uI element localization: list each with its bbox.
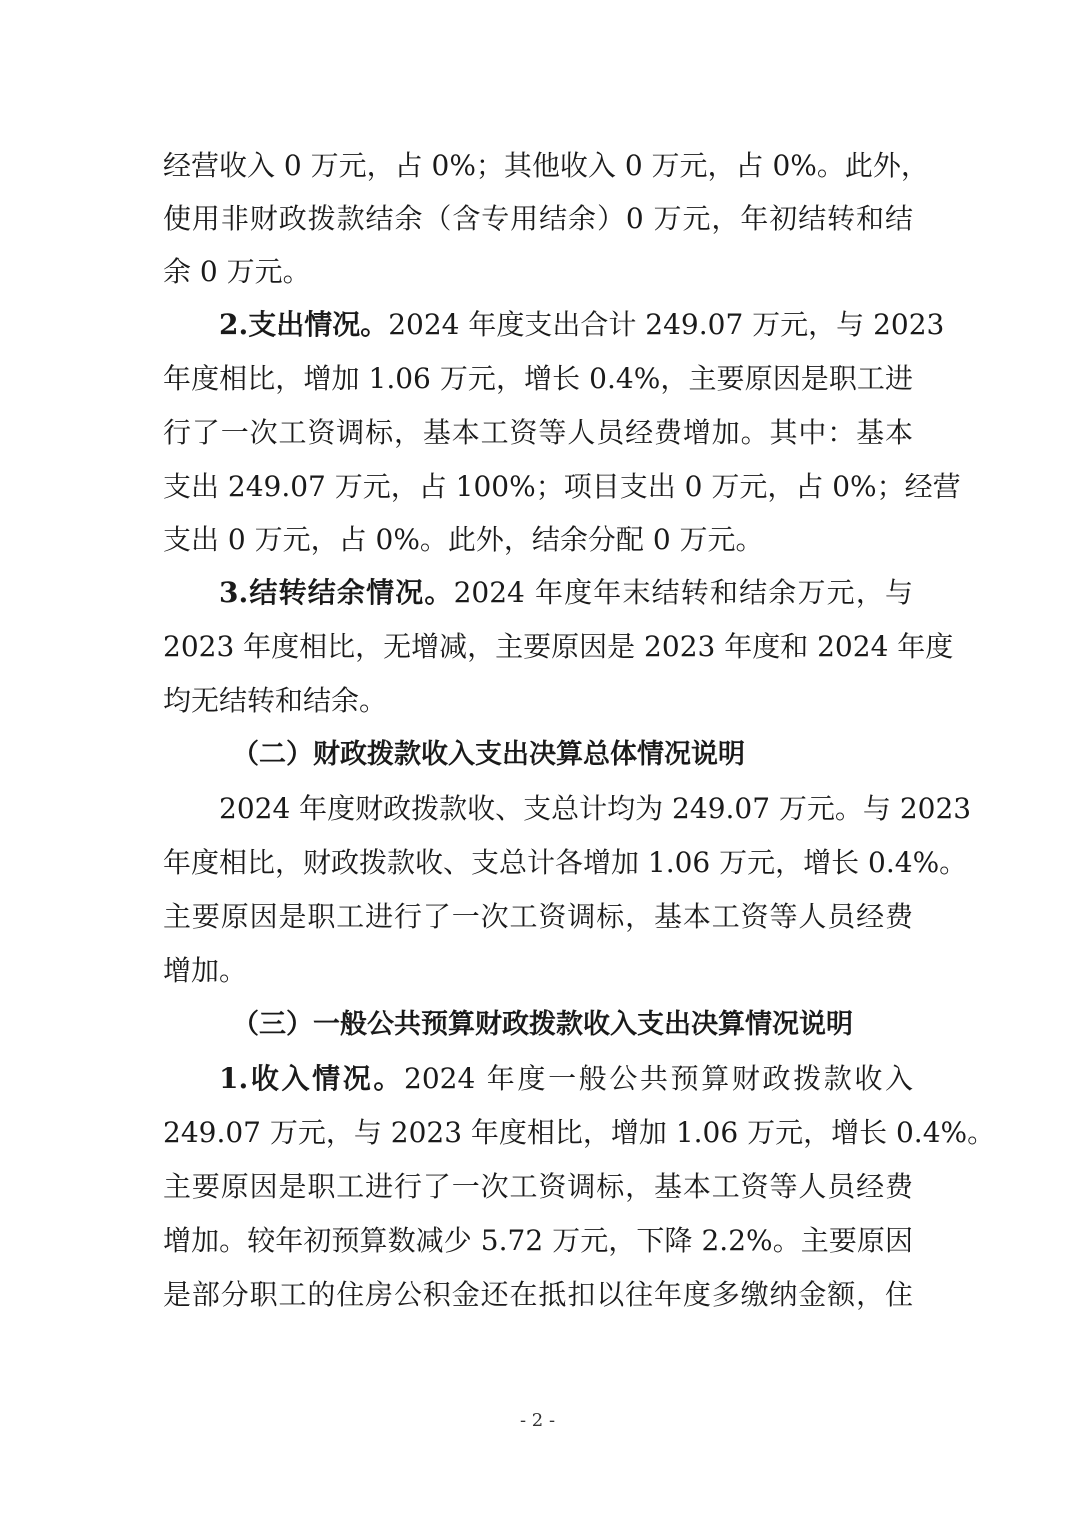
page-number: - 2 - [0, 1410, 1075, 1431]
body-text-line: 支出 0 万元，占 0%。此外，结余分配 0 万元。 [163, 513, 913, 567]
section-heading-3: （三）一般公共预算财政拨款收入支出决算情况说明 [232, 998, 912, 1052]
body-text-line: 增加。 [163, 944, 913, 998]
body-text: 2024 年度支出合计 249.07 万元，与 2023 [388, 308, 944, 341]
body-text-line: 主要原因是职工进行了一次工资调标，基本工资等人员经费 [163, 1160, 913, 1214]
section-lead-income: 1.收入情况。 [219, 1062, 404, 1095]
body-text-line: 行了一次工资调标，基本工资等人员经费增加。其中：基本 [163, 406, 913, 460]
body-text-line: 249.07 万元，与 2023 年度相比，增加 1.06 万元，增长 0.4%… [163, 1106, 913, 1160]
body-text: 2024 年度一般公共预算财政拨款收入 [404, 1062, 913, 1095]
section-income-first-line: 1.收入情况。2024 年度一般公共预算财政拨款收入 [219, 1052, 913, 1106]
body-text-line: 余 0 万元。 [163, 245, 913, 299]
section-heading-2: （二）财政拨款收入支出决算总体情况说明 [232, 728, 912, 782]
body-text-line: 主要原因是职工进行了一次工资调标，基本工资等人员经费 [163, 890, 913, 944]
document-page: 经营收入 0 万元，占 0%；其他收入 0 万元，占 0%。此外， 使用非财政拨… [0, 0, 1075, 1520]
section-expenditure-first-line: 2.支出情况。2024 年度支出合计 249.07 万元，与 2023 [219, 298, 913, 352]
section-carryover-first-line: 3.结转结余情况。2024 年度年末结转和结余万元，与 [219, 566, 913, 620]
body-text: 2024 年度年末结转和结余万元，与 [454, 576, 913, 609]
body-text-line: 使用非财政拨款结余（含专用结余）0 万元，年初结转和结 [163, 192, 913, 246]
body-text-line: 年度相比，财政拨款收、支总计各增加 1.06 万元，增长 0.4%。 [163, 836, 913, 890]
section-lead-expenditure: 2.支出情况。 [219, 308, 388, 341]
body-text-line: 是部分职工的住房公积金还在抵扣以往年度多缴纳金额，住 [163, 1268, 913, 1322]
body-text-line: 支出 249.07 万元，占 100%；项目支出 0 万元，占 0%；经营 [163, 460, 913, 514]
body-text-line: 增加。较年初预算数减少 5.72 万元，下降 2.2%。主要原因 [163, 1214, 913, 1268]
section-lead-carryover: 3.结转结余情况。 [219, 576, 454, 609]
body-text-line: 均无结转和结余。 [163, 674, 913, 728]
body-text-line: 2023 年度相比，无增减，主要原因是 2023 年度和 2024 年度 [163, 620, 913, 674]
body-text-line: 2024 年度财政拨款收、支总计均为 249.07 万元。与 2023 [219, 782, 913, 836]
body-text-line: 经营收入 0 万元，占 0%；其他收入 0 万元，占 0%。此外， [163, 139, 913, 193]
body-text-line: 年度相比，增加 1.06 万元，增长 0.4%，主要原因是职工进 [163, 352, 913, 406]
